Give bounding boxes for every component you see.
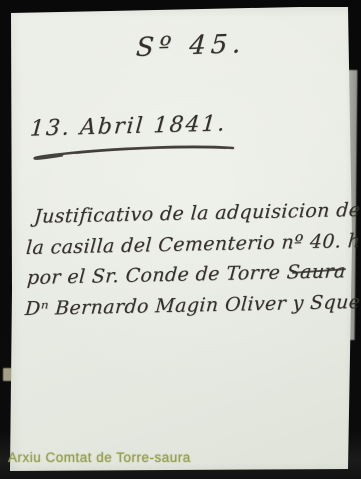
- photo-backdrop: Sº 45. 13. Abril 1841. Justificativo de …: [0, 0, 361, 479]
- film-edge-marking: [3, 368, 12, 381]
- date-text: 13. Abril 1841.: [29, 111, 227, 141]
- manuscript-body: Justificativo de la adquisicion de la ca…: [21, 194, 361, 324]
- date-underline-stroke: [26, 143, 238, 161]
- header-number: Sº 45.: [135, 29, 247, 63]
- archive-watermark: Arxiu Comtat de Torre-saura: [8, 450, 191, 465]
